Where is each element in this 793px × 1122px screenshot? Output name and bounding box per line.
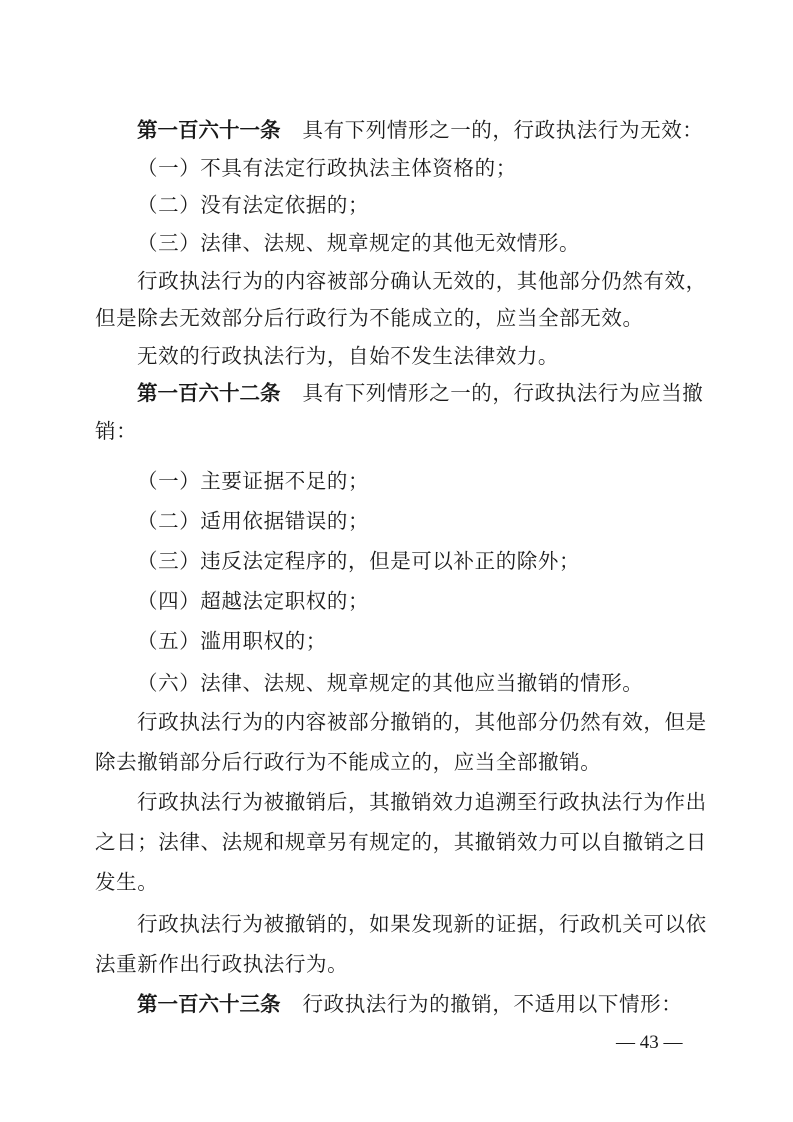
paragraph-line: 行政执法行为的内容被部分确认无效的，其他部分仍然有效，: [137, 268, 747, 294]
page-number: — 43 —: [616, 1032, 683, 1054]
article-lead: 具有下列情形之一的，行政执法行为应当撤: [303, 381, 704, 405]
article-heading: 第一百六十一条: [137, 118, 281, 142]
document-page: 第一百六十一条具有下列情形之一的，行政执法行为无效： （一）不具有法定行政执法主…: [0, 0, 793, 1122]
paragraph-line: 除去撤销部分后行政行为不能成立的，应当全部撤销。: [95, 749, 705, 775]
paragraph-line: 法重新作出行政执法行为。: [95, 951, 705, 977]
article-heading: 第一百六十二条: [137, 381, 281, 405]
article-lead: 行政执法行为的撤销，不适用以下情形：: [303, 992, 683, 1016]
paragraph-line: 行政执法行为被撤销的，如果发现新的证据，行政机关可以依: [137, 911, 747, 937]
article-lead-continuation: 销：: [95, 418, 705, 444]
list-item: （三）违反法定程序的，但是可以补正的除外；: [137, 548, 747, 574]
paragraph-line: 但是除去无效部分后行政行为不能成立的，应当全部无效。: [95, 305, 705, 331]
paragraph-line: 行政执法行为被撤销后，其撤销效力追溯至行政执法行为作出: [137, 789, 747, 815]
article-161-heading-line: 第一百六十一条具有下列情形之一的，行政执法行为无效：: [137, 117, 747, 143]
list-item: （六）法律、法规、规章规定的其他应当撤销的情形。: [137, 670, 747, 696]
list-item: （五）滥用职权的；: [137, 628, 747, 654]
article-heading: 第一百六十三条: [137, 992, 281, 1016]
list-item: （一）主要证据不足的；: [137, 468, 747, 494]
paragraph-line: 行政执法行为的内容被部分撤销的，其他部分仍然有效，但是: [137, 709, 747, 735]
paragraph-line: 发生。: [95, 869, 705, 895]
list-item: （一）不具有法定行政执法主体资格的；: [137, 155, 747, 181]
list-item: （三）法律、法规、规章规定的其他无效情形。: [137, 230, 747, 256]
article-lead: 具有下列情形之一的，行政执法行为无效：: [303, 118, 704, 142]
list-item: （二）没有法定依据的；: [137, 192, 747, 218]
article-163-heading-line: 第一百六十三条行政执法行为的撤销，不适用以下情形：: [137, 991, 747, 1017]
list-item: （二）适用依据错误的；: [137, 508, 747, 534]
paragraph-line: 之日；法律、法规和规章另有规定的，其撤销效力可以自撤销之日: [95, 829, 705, 855]
paragraph-line: 无效的行政执法行为，自始不发生法律效力。: [137, 343, 747, 369]
article-162-heading-line: 第一百六十二条具有下列情形之一的，行政执法行为应当撤: [137, 380, 747, 406]
list-item: （四）超越法定职权的；: [137, 588, 747, 614]
